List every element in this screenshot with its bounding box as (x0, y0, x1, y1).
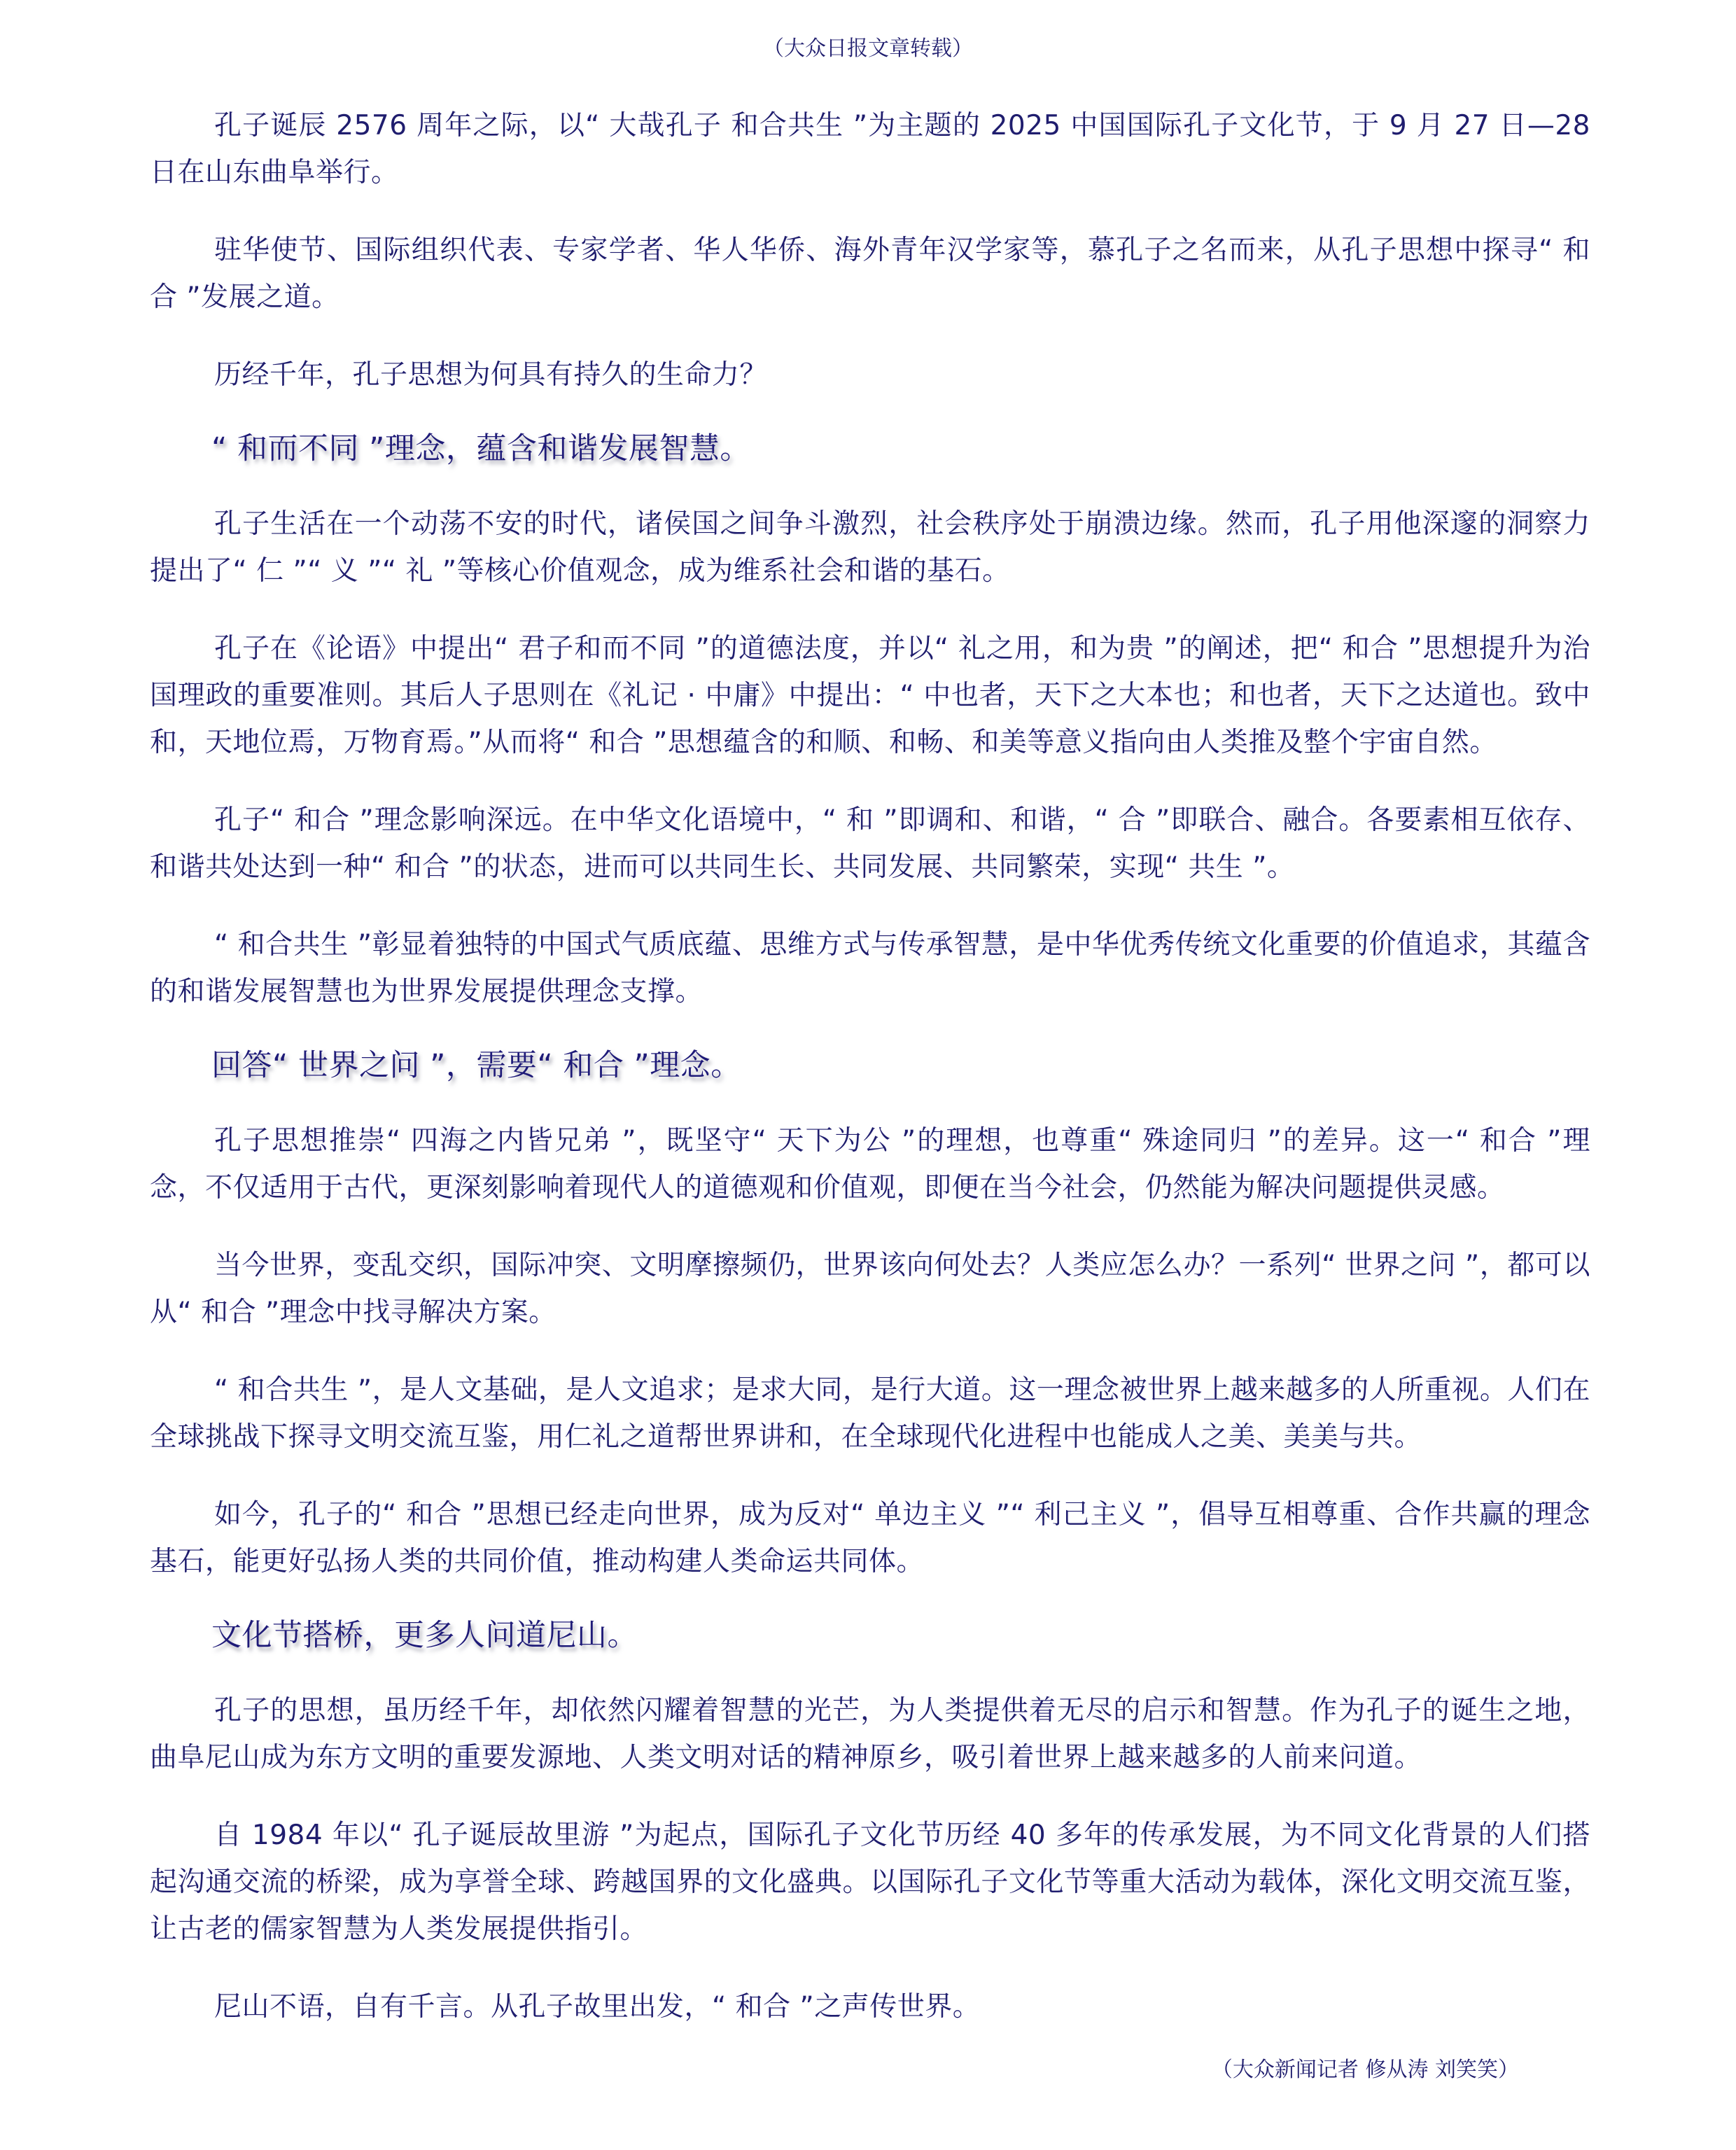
paragraph: 孔子“ 和合 ”理念影响深远。在中华文化语境中，“ 和 ”即调和、和谐，“ 合 … (150, 797, 1590, 891)
paragraph: 历经千年，孔子思想为何具有持久的生命力？ (150, 351, 1590, 398)
paragraph: 孔子思想推崇“ 四海之内皆兄弟 ”，既坚守“ 天下为公 ”的理想，也尊重“ 殊途… (150, 1117, 1590, 1211)
paragraph: “ 和合共生 ”彰显着独特的中国式气质底蕴、思维方式与传承智慧，是中华优秀传统文… (150, 921, 1590, 1015)
paragraph: 当今世界，变乱交织，国际冲突、文明摩擦频仍，世界该向何处去？人类应怎么办？一系列… (150, 1242, 1590, 1336)
source-note: （大众日报文章转载） (0, 32, 1736, 66)
paragraph: “ 和合共生 ”，是人文基础，是人文追求；是求大同，是行大道。这一理念被世界上越… (150, 1367, 1590, 1460)
byline: （大众新闻记者 修从涛 刘笑笑） (1190, 2053, 1519, 2087)
section-heading: “ 和而不同 ”理念，蕴含和谐发展智慧。 (150, 426, 1590, 471)
paragraph: 孔子诞辰 2576 周年之际，以“ 大哉孔子 和合共生 ”为主题的 2025 中… (150, 102, 1590, 196)
section-heading: 回答“ 世界之问 ”，需要“ 和合 ”理念。 (150, 1043, 1590, 1088)
paragraph: 孔子的思想，虽历经千年，却依然闪耀着智慧的光芒，为人类提供着无尽的启示和智慧。作… (150, 1687, 1590, 1781)
paragraph: 尼山不语，自有千言。从孔子故里出发，“ 和合 ”之声传世界。 (150, 1983, 1590, 2030)
paragraph: 如今，孔子的“ 和合 ”思想已经走向世界，成为反对“ 单边主义 ”“ 利己主义 … (150, 1491, 1590, 1585)
article-body: 孔子诞辰 2576 周年之际，以“ 大哉孔子 和合共生 ”为主题的 2025 中… (150, 102, 1590, 2061)
section-heading: 文化节搭桥，更多人问道尼山。 (150, 1613, 1590, 1658)
paragraph: 孔子在《论语》中提出“ 君子和而不同 ”的道德法度，并以“ 礼之用，和为贵 ”的… (150, 625, 1590, 766)
paragraph: 孔子生活在一个动荡不安的时代，诸侯国之间争斗激烈，社会秩序处于崩溃边缘。然而，孔… (150, 501, 1590, 594)
paragraph: 自 1984 年以“ 孔子诞辰故里游 ”为起点，国际孔子文化节历经 40 多年的… (150, 1812, 1590, 1953)
document-page: （大众日报文章转载） 孔子诞辰 2576 周年之际，以“ 大哉孔子 和合共生 ”… (0, 0, 1736, 2150)
paragraph: 驻华使节、国际组织代表、专家学者、华人华侨、海外青年汉学家等，慕孔子之名而来，从… (150, 227, 1590, 321)
